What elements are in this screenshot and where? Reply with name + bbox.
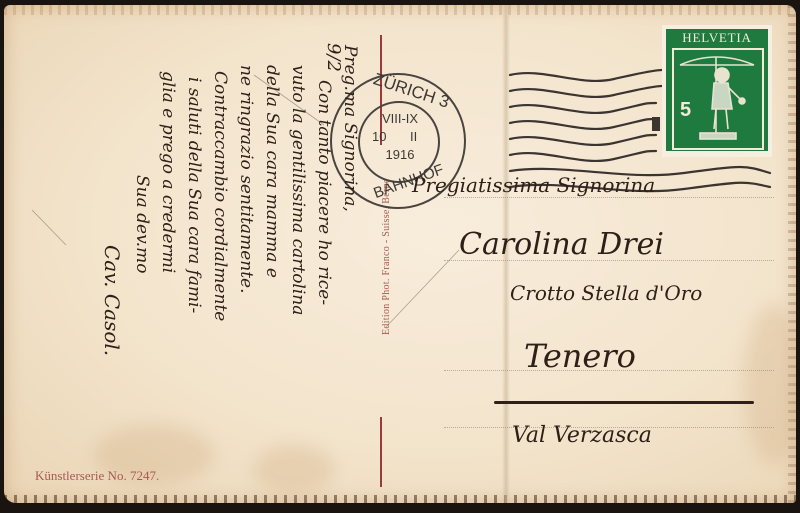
postcard: Edition Phot. Franco - Suisse, Berne Kün… [4, 5, 796, 503]
pencil-marks [4, 5, 796, 503]
